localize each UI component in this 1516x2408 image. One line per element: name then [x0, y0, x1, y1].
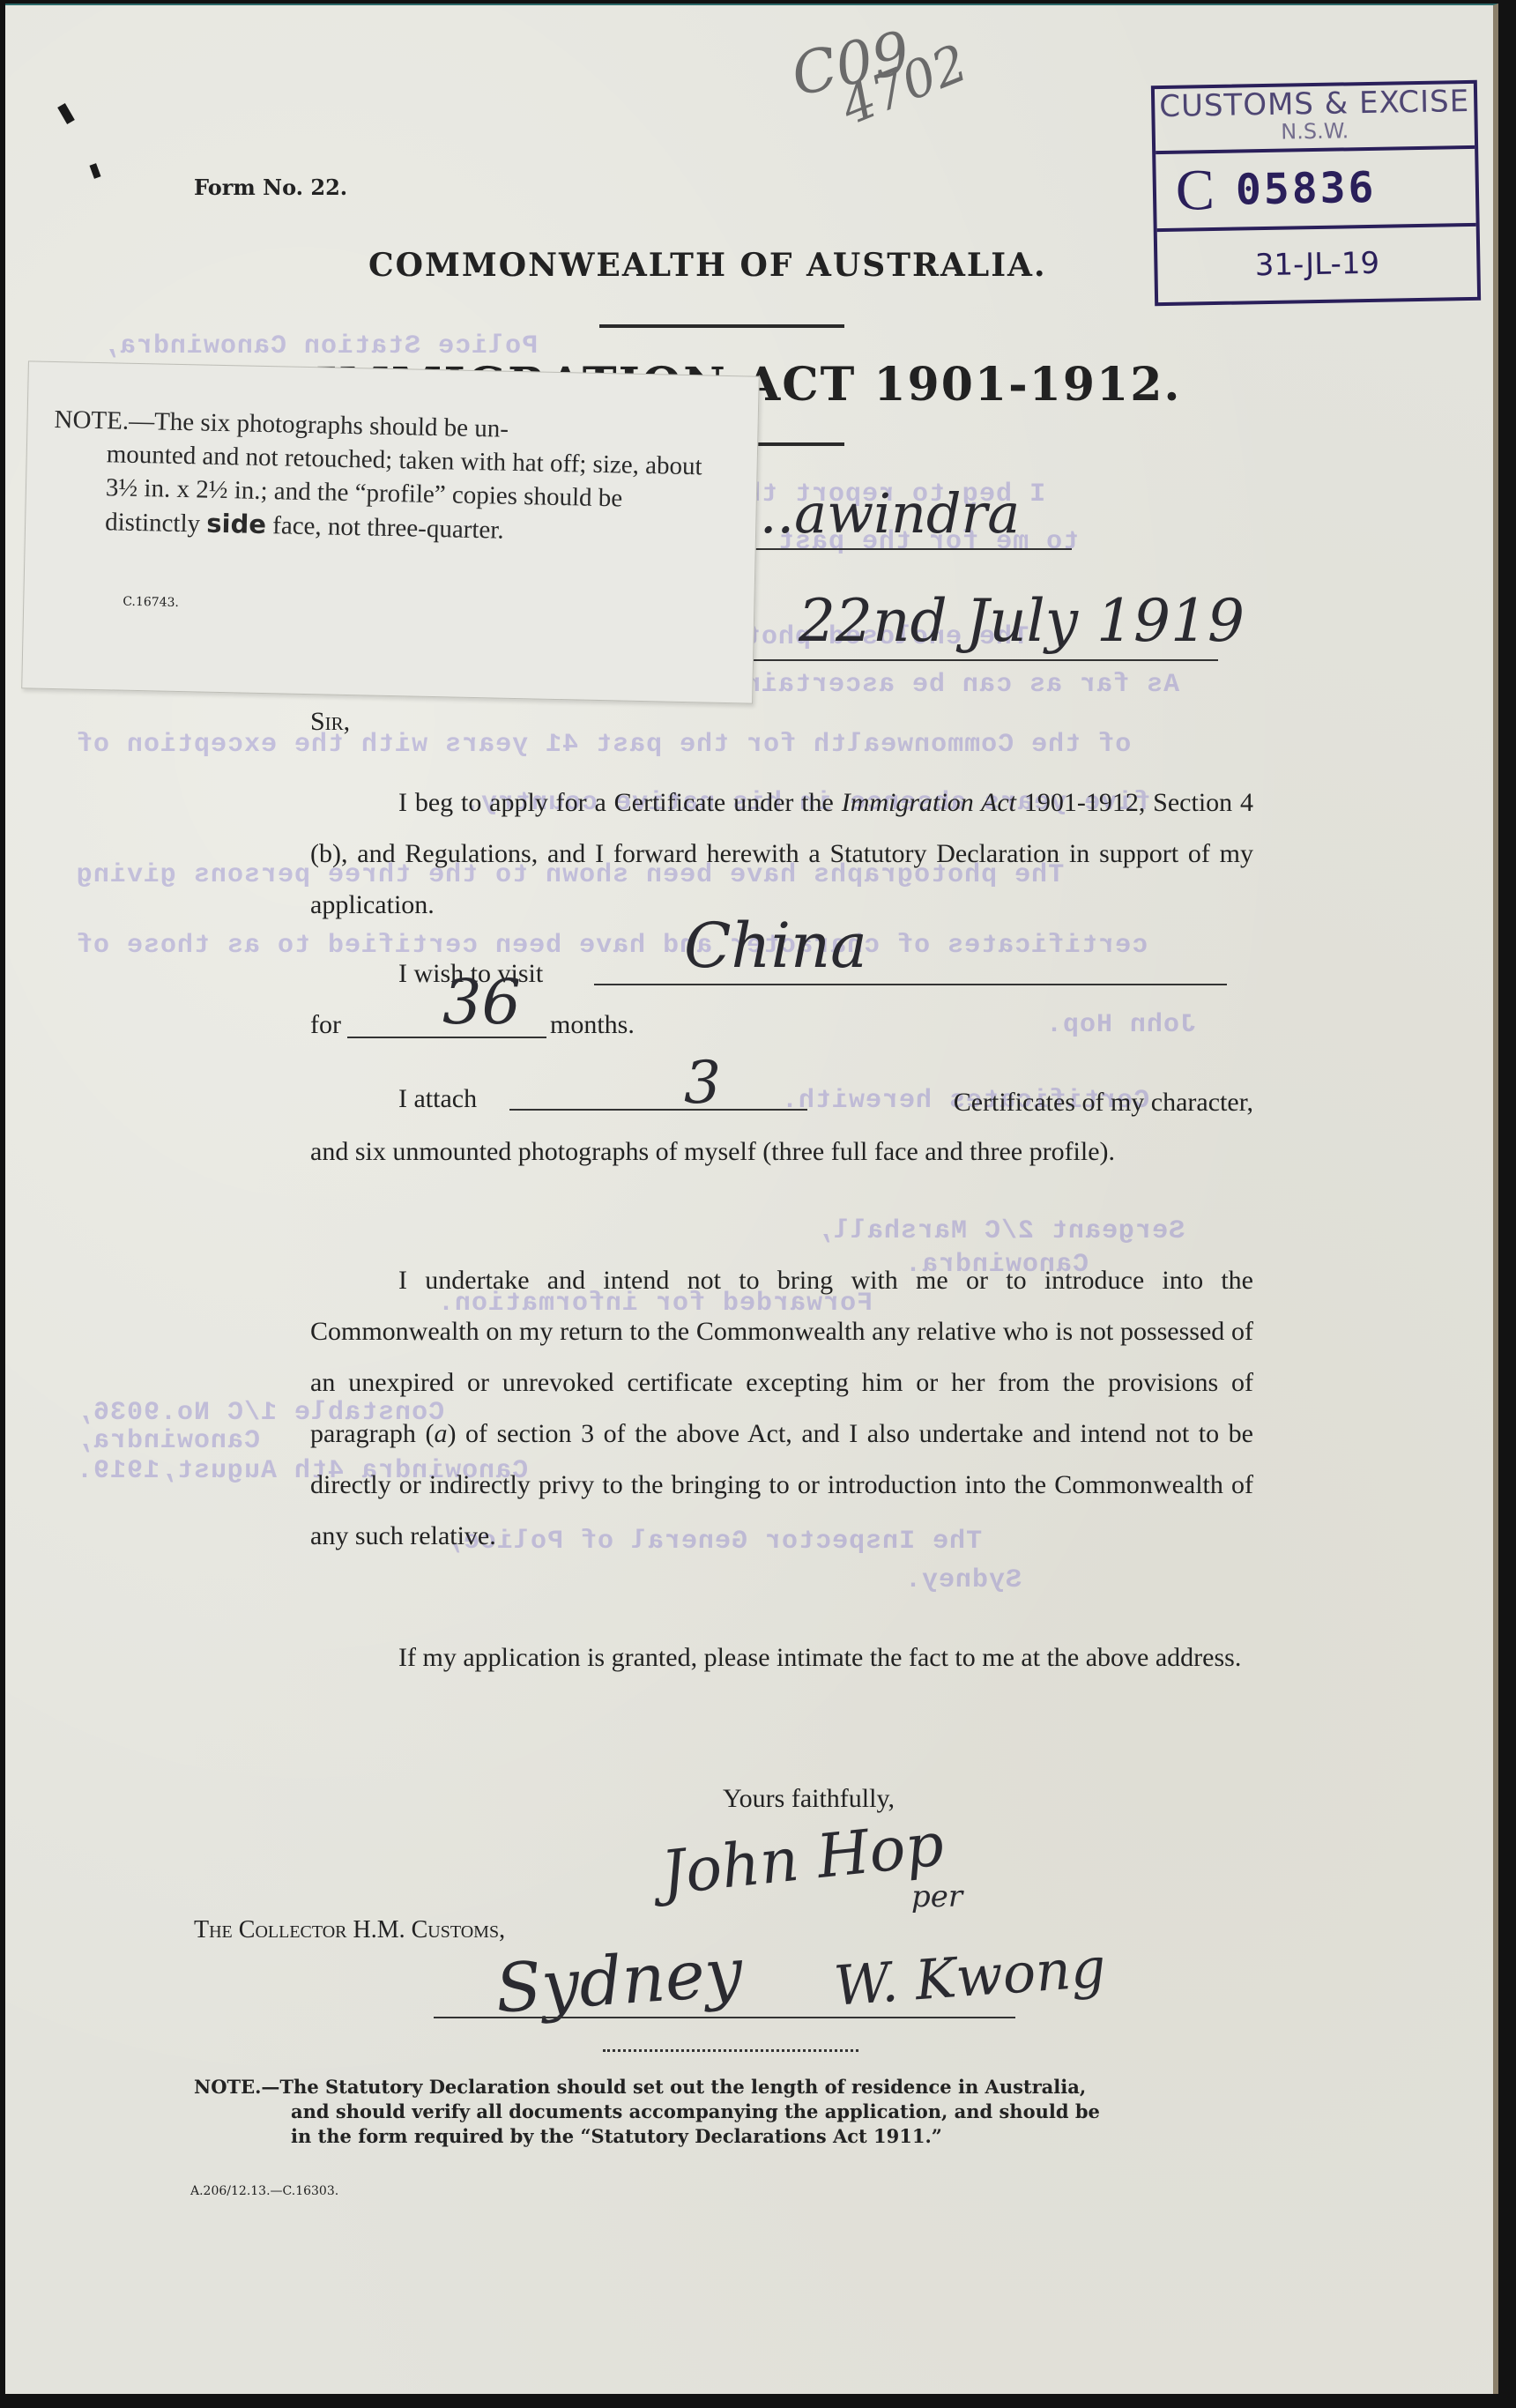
salutation: Sir, [310, 707, 350, 737]
undertake-text-cont: ) of section 3 of the above Act, and I a… [310, 1419, 1253, 1550]
stamp-number: 05836 [1235, 163, 1376, 215]
punch-hole-mark [57, 103, 75, 124]
title-rule [747, 442, 844, 446]
photo-note-emphasis: side [206, 509, 266, 539]
statutory-note-line2: and should verify all documents accompan… [194, 2100, 1260, 2124]
months-label: months. [550, 1000, 635, 1051]
stamp-prefix: C [1175, 157, 1215, 225]
address-handwritten: ...awindra [742, 481, 1020, 546]
applicant-signature: John Hop [658, 1810, 947, 1908]
act-name-italic: Immigration Act [842, 788, 1016, 817]
heading-rule [599, 324, 844, 328]
attach-label: I attach [398, 1074, 477, 1125]
granted-text: If my application is granted, please int… [398, 1643, 1241, 1672]
agent-signature: W. Kwong [832, 1935, 1108, 2018]
addressee-line [434, 2017, 1015, 2018]
print-code: A.206/12.13.—C.16303. [190, 2184, 338, 2198]
signature-per: per [911, 1879, 962, 1914]
bleed-through-text: As far as can be ascertained [710, 670, 1179, 700]
bleed-through-text: Sydney. [904, 1565, 1022, 1595]
address-line [737, 548, 1072, 550]
document-heading: COMMONWEALTH OF AUSTRALIA. [368, 247, 1047, 284]
attach-text: Certificates of my character, [830, 1077, 1253, 1128]
statutory-note-line3: in the form required by the “Statutory D… [194, 2124, 1260, 2149]
statutory-declaration-note: NOTE.—The Statutory Declaration should s… [194, 2075, 1260, 2149]
bleed-through-text: Police Station Canowindra, [102, 331, 538, 361]
certificates-count-field[interactable] [509, 1109, 807, 1111]
paragraph-ref-italic: a [434, 1419, 447, 1448]
bleed-through-text: certificates of character and have been … [76, 931, 1148, 961]
date-handwritten: 22nd July 1919 [799, 587, 1245, 655]
customs-stamp: CUSTOMS & EXCISE N.S.W. C 05836 31-JL-19 [1151, 80, 1481, 306]
visit-destination-value: China [684, 910, 867, 982]
photo-note-code: C.16743. [123, 595, 179, 610]
for-label: for [310, 1000, 341, 1051]
document-page: Police Station Canowindra, I beg to repo… [5, 4, 1498, 2394]
punch-hole-mark [90, 163, 101, 179]
apply-paragraph: I beg to apply for a Certificate under t… [310, 777, 1253, 931]
form-number: Form No. 22. [194, 175, 347, 200]
bleed-through-text: Canowindra, [76, 1426, 260, 1456]
certificates-count-value: 3 [684, 1049, 721, 1117]
photo-note-tail: face, not three-quarter. [266, 511, 504, 545]
bleed-through-text: John Hop. [1045, 1010, 1196, 1040]
wavy-divider [603, 2045, 858, 2052]
stamp-date: 31-JL-19 [1157, 227, 1477, 302]
attach-continued: and six unmounted photographs of myself … [310, 1126, 1253, 1178]
photo-note-text: NOTE.—The six photographs should be un- … [105, 404, 716, 551]
apply-text: I beg to apply for a Certificate under t… [398, 788, 842, 817]
granted-paragraph: If my application is granted, please int… [310, 1632, 1253, 1683]
photo-note-slip: NOTE.—The six photographs should be un- … [21, 360, 760, 703]
bleed-through-text: Sergeant 2/C Marshall, [816, 1216, 1185, 1246]
addressee: The Collector H.M. Customs, [194, 1916, 505, 1944]
visit-field[interactable] [594, 984, 1227, 985]
bleed-through-text: of the Commonwealth for the past 41 year… [76, 730, 1131, 760]
months-value: 36 [442, 966, 521, 1038]
statutory-note-line1: NOTE.—The Statutory Declaration should s… [194, 2075, 1260, 2100]
addressee-city-handwritten: Sydney [493, 1932, 745, 2027]
date-line [737, 659, 1218, 661]
undertake-paragraph: I undertake and intend not to bring with… [310, 1255, 1253, 1562]
